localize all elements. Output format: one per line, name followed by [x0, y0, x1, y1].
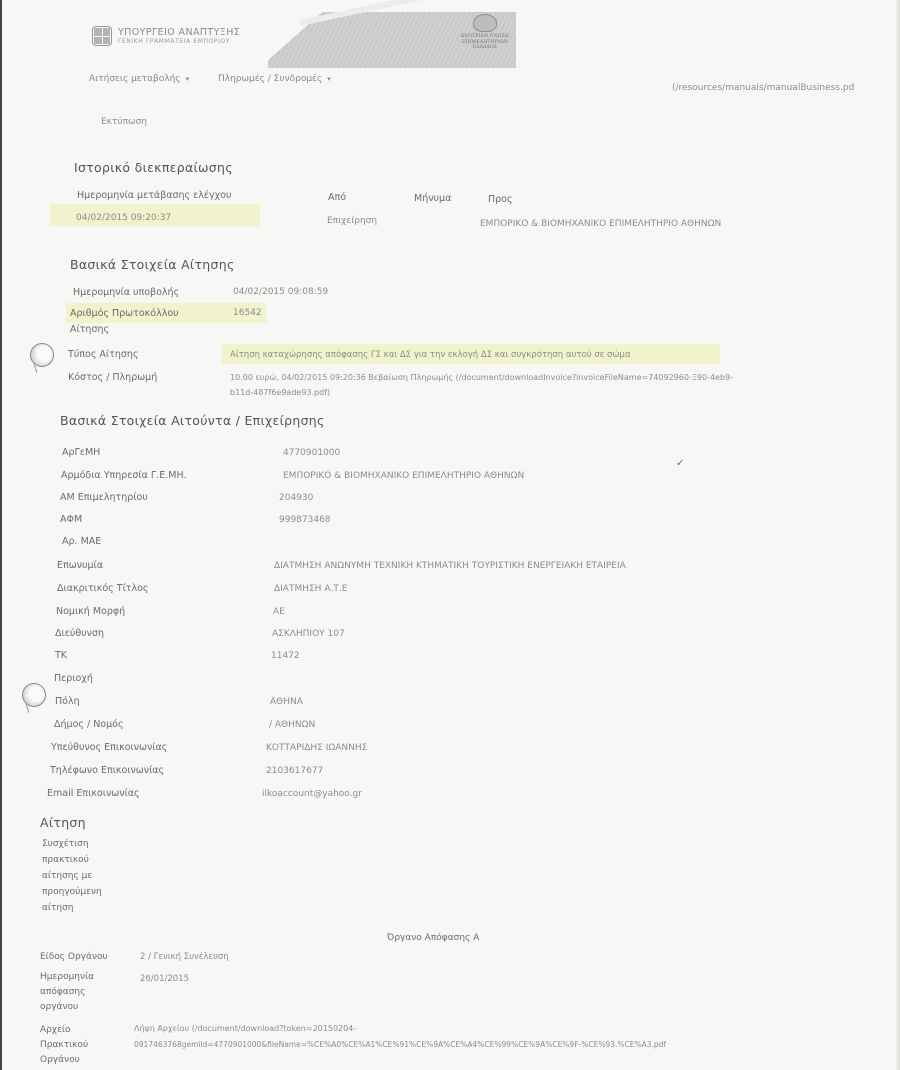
field-value: 204930	[279, 493, 313, 503]
organ-heading: Όργανο Απόφασης Α	[387, 933, 479, 943]
history-from: Επιχείρηση	[327, 216, 377, 226]
minutes-file-link-cont[interactable]: 0917463768gemild=4770901000&fileName=%CE…	[134, 1040, 666, 1049]
organ-type-value: 2 / Γενική Συνέλευση	[140, 952, 229, 962]
hermes-head-icon	[473, 14, 497, 32]
field-value: ΑΕ	[273, 607, 285, 617]
minutes-file-link[interactable]: Λήψη Αρχείου (/document/download?token=2…	[134, 1024, 356, 1033]
protocol-label: Αριθμός Πρωτοκόλλου	[70, 308, 179, 319]
chevron-down-icon: ▾	[327, 75, 331, 83]
field-label: Email Επικοινωνίας	[47, 788, 140, 799]
application-title: Βασικά Στοιχεία Αίτησης	[70, 257, 235, 272]
field-label: Επωνυμία	[57, 560, 103, 571]
field-value: ΔΙΑΤΜΗΣΗ Α.Τ.Ε	[274, 584, 347, 594]
nav-menu-change-requests[interactable]: Αιτήσεις μεταβολής▾	[89, 74, 189, 84]
field-value: 11472	[271, 651, 300, 661]
request-type-label: Τύπος Αίτησης	[68, 349, 139, 360]
field-label: ΑΦΜ	[60, 514, 82, 525]
field-label: ΑΜ Επιμελητηρίου	[60, 492, 148, 503]
decision-date-value: 26/01/2015	[140, 974, 189, 984]
field-value: 999873468	[279, 515, 331, 525]
field-label: Αρμόδια Υπηρεσία Γ.Ε.ΜΗ.	[61, 470, 187, 481]
invoice-link-cont[interactable]: b11d-487f6e9ade93.pdf)	[230, 388, 330, 397]
field-value: ΔΙΑΤΜΗΣΗ ΑΝΩΝΥΜΗ ΤΕΧΝΙΚΗ ΚΤΗΜΑΤΙΚΗ ΤΟΥΡΙ…	[274, 561, 626, 571]
nav-label: Αιτήσεις μεταβολής	[89, 74, 181, 84]
field-label: Διακριτικός Τίτλος	[57, 583, 149, 594]
history-col-to: Προς	[488, 194, 513, 205]
field-value: / ΑΘΗΝΩΝ	[269, 720, 315, 730]
field-label: Δήμος / Νομός	[54, 719, 124, 730]
history-to: ΕΜΠΟΡΙΚΟ & ΒΙΟΜΗΧΑΝΙΚΟ ΕΠΙΜΕΛΗΤΗΡΙΟ ΑΘΗΝ…	[480, 219, 721, 229]
field-label: Πόλη	[55, 696, 80, 707]
punch-hole-mark	[22, 683, 46, 707]
chamber-logo-text: ΚΕΝΤΡΙΚΗ ΕΝΩΣΗ ΕΠΙΜΕΛΗΤΗΡΙΩΝ ΕΛΛΑΔΟΣ	[456, 34, 514, 51]
field-label: Νομική Μορφή	[56, 606, 125, 617]
submission-date-label: Ημερομηνία υποβολής	[73, 287, 179, 298]
field-value: ΑΣΚΛΗΠΙΟΥ 107	[272, 629, 345, 639]
ministry-title: ΥΠΟΥΡΓΕΙΟ ΑΝΑΠΤΥΞΗΣ	[118, 27, 240, 38]
field-label: Υπεύθυνος Επικοινωνίας	[51, 742, 167, 753]
cost-label: Κόστος / Πληρωμή	[68, 372, 157, 383]
field-value: ΑΘΗΝΑ	[270, 697, 303, 707]
protocol-number: 16542	[233, 308, 262, 318]
field-value: ΚΟΤΤΑΡΙΔΗΣ ΙΩΑΝΝΗΣ	[266, 743, 367, 753]
applicant-title: Βασικά Στοιχεία Αιτούντα / Επιχείρησης	[60, 413, 325, 428]
scan-edge-right	[896, 0, 900, 1070]
field-value: 2103617677	[266, 766, 323, 776]
history-col-date: Ημερομηνία μετάβασης ελέγχου	[77, 190, 231, 201]
field-label: ΤΚ	[55, 650, 67, 661]
greek-emblem-icon	[92, 26, 112, 46]
field-value: ilkoaccount@yahoo.gr	[262, 789, 362, 799]
history-col-from: Από	[328, 192, 346, 203]
nav-label: Πληρωμές / Συνδρομές	[218, 74, 322, 84]
protocol-label-cont: Αίτησης	[70, 324, 109, 335]
history-title: Ιστορικό διεκπεραίωσης	[74, 160, 233, 175]
relation-label: Συσχέτιση πρακτικού αίτησης με προηγούμε…	[42, 836, 122, 916]
field-label: Αρ. ΜΑΕ	[62, 536, 101, 547]
submission-date-value: 04/02/2015 09:08:59	[233, 287, 328, 297]
nav-menu-payments[interactable]: Πληρωμές / Συνδρομές▾	[218, 74, 331, 84]
print-link[interactable]: Εκτύπωση	[101, 117, 147, 127]
request-type-value: Αίτηση καταχώρησης απόφασης ΓΣ και ΔΣ γι…	[230, 350, 631, 360]
manual-link[interactable]: (/resources/manuals/manualBusiness.pd	[672, 83, 854, 93]
request-title: Αίτηση	[40, 815, 86, 830]
minutes-file-label: Αρχείο Πρακτικού Οργάνου	[40, 1023, 106, 1068]
ministry-branding: ΥΠΟΥΡΓΕΙΟ ΑΝΑΠΤΥΞΗΣ ΓΕΝΙΚΗ ΓΡΑΜΜΑΤΕΙΑ ΕΜ…	[92, 26, 240, 46]
organ-type-label: Είδος Οργάνου	[40, 952, 108, 962]
field-label: Τηλέφωνο Επικοινωνίας	[50, 765, 164, 776]
chevron-down-icon: ▾	[186, 75, 190, 83]
field-label: Περιοχή	[54, 673, 93, 684]
ministry-subtitle: ΓΕΝΙΚΗ ΓΡΑΜΜΑΤΕΙΑ ΕΜΠΟΡΙΟΥ	[118, 38, 240, 46]
field-label: Διεύθυνση	[55, 628, 104, 639]
chamber-logo: ΚΕΝΤΡΙΚΗ ΕΝΩΣΗ ΕΠΙΜΕΛΗΤΗΡΙΩΝ ΕΛΛΑΔΟΣ	[456, 14, 514, 51]
scan-edge-left	[0, 0, 2, 1070]
history-date: 04/02/2015 09:20:37	[76, 213, 171, 223]
field-value: ΕΜΠΟΡΙΚΟ & ΒΙΟΜΗΧΑΝΙΚΟ ΕΠΙΜΕΛΗΤΗΡΙΟ ΑΘΗΝ…	[283, 471, 524, 481]
field-label: ΑρΓεΜΗ	[62, 447, 100, 458]
punch-hole-mark	[30, 343, 54, 367]
field-value: 4770901000	[283, 448, 340, 458]
decision-date-label: Ημερομηνία απόφασης οργάνου	[40, 970, 112, 1015]
invoice-link[interactable]: 10.00 ευρώ, 04/02/2015 09:20:36 Βεβαίωση…	[230, 373, 733, 382]
pen-mark: ✓	[676, 458, 684, 469]
history-col-message: Μήνυμα	[414, 193, 451, 204]
